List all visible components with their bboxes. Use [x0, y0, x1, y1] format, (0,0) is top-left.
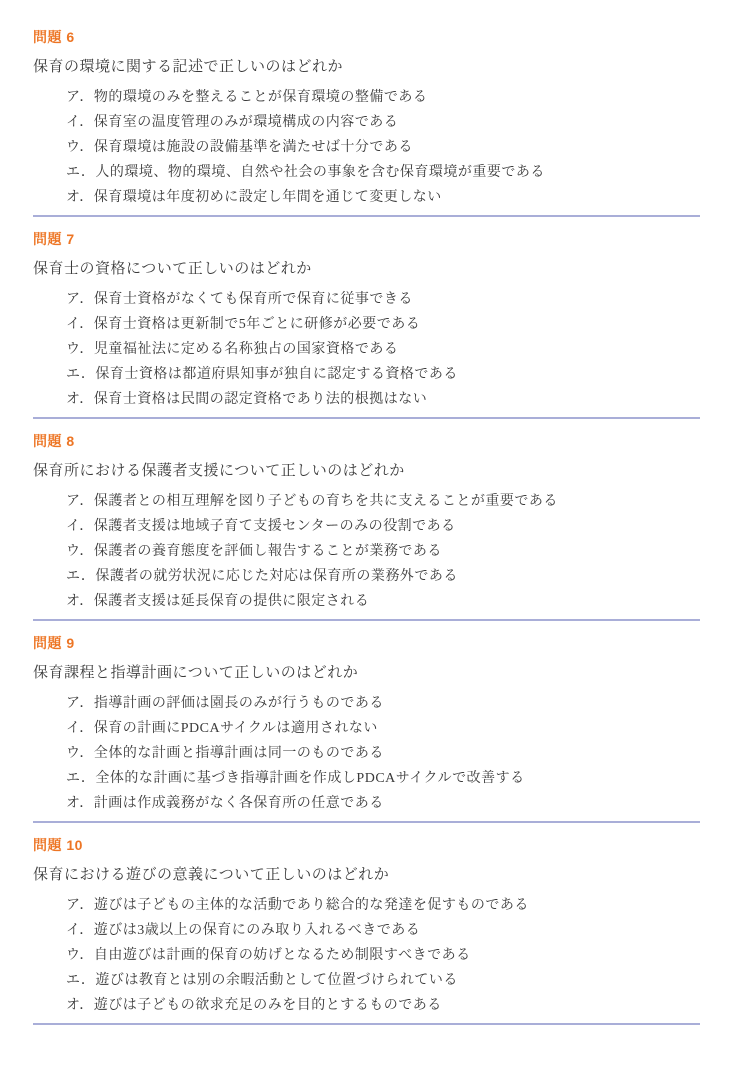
section-divider: [33, 417, 700, 419]
quiz-page: { "page": { "background_color": "#ffffff…: [0, 0, 732, 1080]
question-block-9: 問題 9 保育課程と指導計画について正しいのはどれか ア．指導計画の評価は園長の…: [33, 636, 700, 838]
section-divider: [33, 619, 700, 621]
question-number: 問題 10: [33, 838, 700, 853]
question-number: 問題 7: [33, 232, 700, 247]
options-list: ア．遊びは子どもの主体的な活動であり総合的な発達を促すものである イ．遊びは3歳…: [33, 898, 700, 1013]
option-i: イ．遊びは3歳以上の保育にのみ取り入れるべきである: [66, 923, 700, 938]
question-number: 問題 8: [33, 434, 700, 449]
option-i: イ．保護者支援は地域子育て支援センターのみの役割である: [66, 519, 700, 534]
options-list: ア．指導計画の評価は園長のみが行うものである イ．保育の計画にPDCAサイクルは…: [33, 696, 700, 811]
option-e: エ．遊びは教育とは別の余暇活動として位置づけられている: [66, 973, 700, 988]
option-a: ア．指導計画の評価は園長のみが行うものである: [66, 696, 700, 711]
section-divider: [33, 821, 700, 823]
option-o: オ．保育士資格は民間の認定資格であり法的根拠はない: [66, 392, 700, 407]
option-a: ア．物的環境のみを整えることが保育環境の整備である: [66, 90, 700, 105]
question-block-8: 問題 8 保育所における保護者支援について正しいのはどれか ア．保護者との相互理…: [33, 434, 700, 636]
option-i: イ．保育の計画にPDCAサイクルは適用されない: [66, 721, 700, 736]
option-i: イ．保育士資格は更新制で5年ごとに研修が必要である: [66, 317, 700, 332]
question-text: 保育所における保護者支援について正しいのはどれか: [33, 463, 700, 479]
options-list: ア．保育士資格がなくても保育所で保育に従事できる イ．保育士資格は更新制で5年ご…: [33, 292, 700, 407]
question-text: 保育課程と指導計画について正しいのはどれか: [33, 665, 700, 681]
option-o: オ．遊びは子どもの欲求充足のみを目的とするものである: [66, 998, 700, 1013]
option-a: ア．保育士資格がなくても保育所で保育に従事できる: [66, 292, 700, 307]
option-i: イ．保育室の温度管理のみが環境構成の内容である: [66, 115, 700, 130]
option-u: ウ．保育環境は施設の設備基準を満たせば十分である: [66, 140, 700, 155]
option-o: オ．保護者支援は延長保育の提供に限定される: [66, 594, 700, 609]
question-text: 保育士の資格について正しいのはどれか: [33, 261, 700, 277]
option-a: ア．保護者との相互理解を図り子どもの育ちを共に支えることが重要である: [66, 494, 700, 509]
option-a: ア．遊びは子どもの主体的な活動であり総合的な発達を促すものである: [66, 898, 700, 913]
question-block-6: 問題 6 保育の環境に関する記述で正しいのはどれか ア．物的環境のみを整えること…: [33, 30, 700, 232]
section-divider: [33, 215, 700, 217]
option-e: エ．保育士資格は都道府県知事が独自に認定する資格である: [66, 367, 700, 382]
option-o: オ．計画は作成義務がなく各保育所の任意である: [66, 796, 700, 811]
options-list: ア．物的環境のみを整えることが保育環境の整備である イ．保育室の温度管理のみが環…: [33, 90, 700, 205]
question-block-10: 問題 10 保育における遊びの意義について正しいのはどれか ア．遊びは子どもの主…: [33, 838, 700, 1040]
question-number: 問題 6: [33, 30, 700, 45]
question-text: 保育の環境に関する記述で正しいのはどれか: [33, 59, 700, 75]
question-block-7: 問題 7 保育士の資格について正しいのはどれか ア．保育士資格がなくても保育所で…: [33, 232, 700, 434]
option-e: エ．全体的な計画に基づき指導計画を作成しPDCAサイクルで改善する: [66, 771, 700, 786]
option-u: ウ．全体的な計画と指導計画は同一のものである: [66, 746, 700, 761]
option-o: オ．保育環境は年度初めに設定し年間を通じて変更しない: [66, 190, 700, 205]
question-number: 問題 9: [33, 636, 700, 651]
option-u: ウ．保護者の養育態度を評価し報告することが業務である: [66, 544, 700, 559]
option-u: ウ．自由遊びは計画的保育の妨げとなるため制限すべきである: [66, 948, 700, 963]
option-u: ウ．児童福祉法に定める名称独占の国家資格である: [66, 342, 700, 357]
question-text: 保育における遊びの意義について正しいのはどれか: [33, 867, 700, 883]
option-e: エ．保護者の就労状況に応じた対応は保育所の業務外である: [66, 569, 700, 584]
option-e: エ．人的環境、物的環境、自然や社会の事象を含む保育環境が重要である: [66, 165, 700, 180]
options-list: ア．保護者との相互理解を図り子どもの育ちを共に支えることが重要である イ．保護者…: [33, 494, 700, 609]
section-divider: [33, 1023, 700, 1025]
